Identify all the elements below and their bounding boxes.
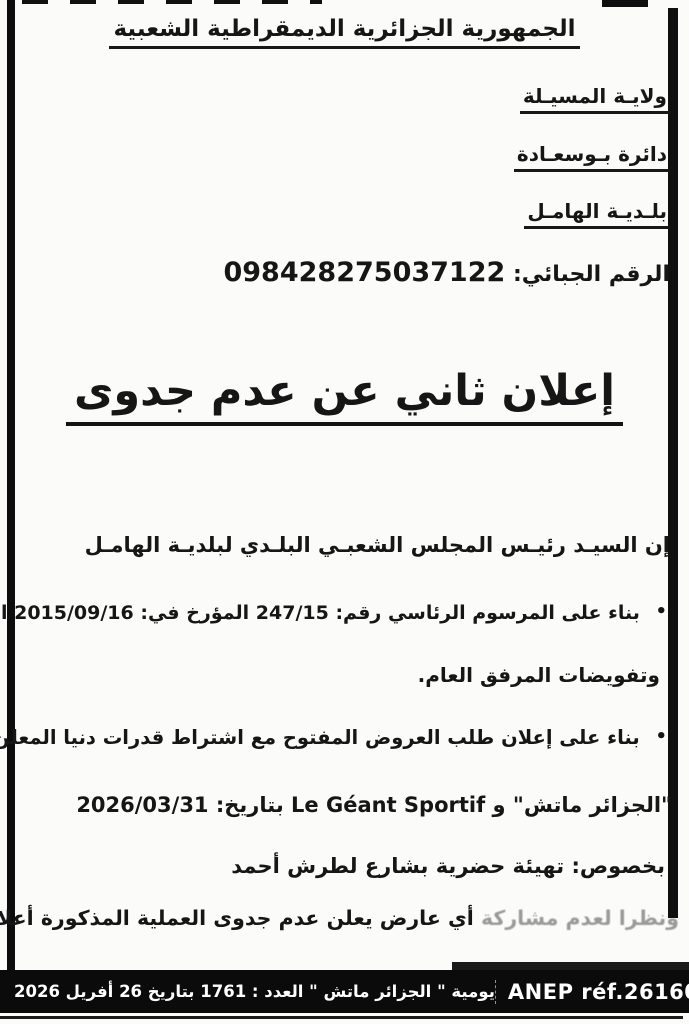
journal-issue-info: يومية " الجزائر ماتش " العدد : 1761 بتار… [14, 982, 495, 1001]
newspapers-line: "الجزائر ماتش" و Le Géant Sportif بتاريخ… [76, 793, 672, 817]
bullet-icon: • [655, 726, 667, 747]
scanned-tender-announcement: الجمهورية الجزائرية الديمقراطية الشعبية … [0, 0, 689, 1024]
subject-line: بخصوص: تهيئة حضرية بشارع لطرش أحمد [231, 854, 665, 878]
bullet-icon: • [655, 601, 667, 622]
bullet-decree-text: بناء على المرسوم الرئاسي رقم: 247/15 الم… [0, 602, 640, 624]
republic-header-text: الجمهورية الجزائرية الديمقراطية الشعبية [109, 16, 579, 49]
bullet-tender-text: بناء على إعلان طلب العروض المفتوح مع اشت… [0, 726, 640, 749]
intro-line: إن السيـد رئيـس المجلس الشعبـي البلـدي ل… [85, 533, 670, 557]
conclusion-line: ونظرا لعدم مشاركة أي عارض يعلن عدم جدوى … [0, 906, 679, 930]
tax-id-value: 098428275037122 [223, 257, 505, 288]
bullet-tender-line: • بناء على إعلان طلب العروض المفتوح مع ا… [0, 726, 667, 749]
tax-id-label: الرقم الجبائي: [513, 262, 670, 287]
republic-header: الجمهورية الجزائرية الديمقراطية الشعبية [0, 16, 689, 42]
wilaya-label: ولايـة المسيـلة [520, 84, 670, 114]
commune-label: بلـديـة الهامـل [524, 199, 670, 229]
page-top-corner-mark [602, 0, 648, 7]
page-top-border [22, 0, 322, 4]
conclusion-text: أي عارض يعلن عدم جدوى العملية المذكورة أ… [0, 906, 474, 930]
conclusion-faded-text: ونظرا لعدم مشاركة [481, 906, 679, 930]
announcement-title: إعلان ثاني عن عدم جدوى [0, 366, 689, 416]
footer-bar: يومية " الجزائر ماتش " العدد : 1761 بتار… [0, 970, 689, 1013]
bullet-decree-continuation: وتفويضات المرفق العام. [418, 663, 660, 687]
page-left-border [7, 0, 15, 970]
page-bottom-border [0, 1016, 683, 1019]
bullet-decree-line: • بناء على المرسوم الرئاسي رقم: 247/15 ا… [0, 601, 667, 624]
announcement-title-text: إعلان ثاني عن عدم جدوى [66, 366, 623, 426]
tax-id-line: الرقم الجبائي: 098428275037122 [223, 257, 670, 288]
daira-label: دائرة بـوسعـادة [514, 142, 670, 172]
anep-reference: ANEP réf.2616014753 [495, 980, 689, 1004]
